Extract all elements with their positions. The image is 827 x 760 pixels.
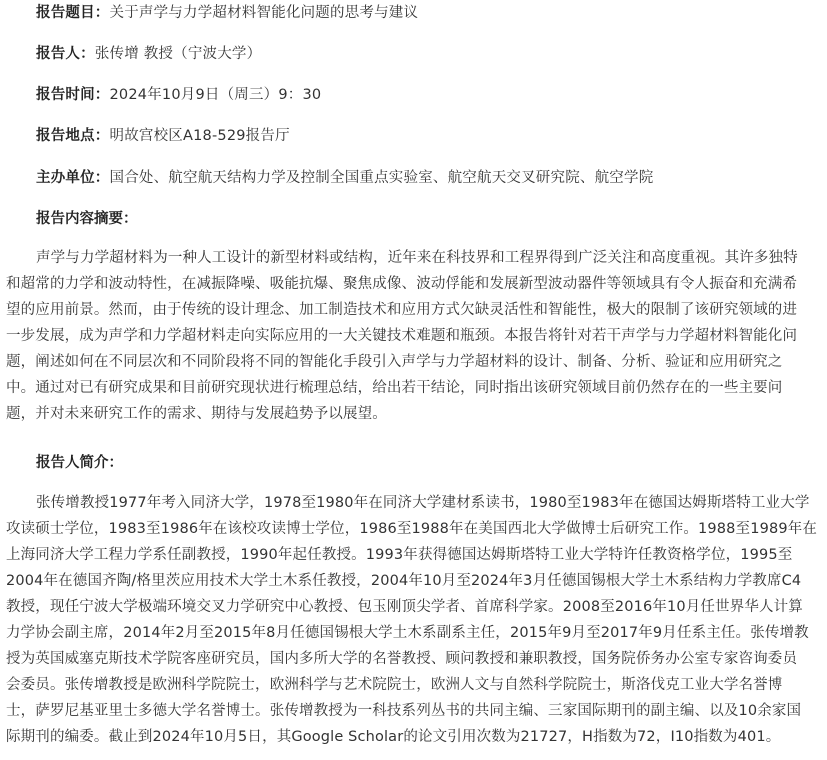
- abstract-line: 中。通过对已有研究成果和目前研究现状进行梳理总结，给出若干结论，同时指出该研究领…: [6, 375, 818, 401]
- report-title-label: 报告题目：: [36, 5, 110, 21]
- abstract-line: 题，阐述如何在不同层次和不同阶段将不同的智能化手段引入声学与力学超材料的设计、制…: [6, 349, 818, 375]
- bio-line: 际期刊的编委。截止到2024年10月5日，其Google Scholar的论文引…: [6, 724, 818, 750]
- abstract-line: 和超常的力学和波动特性，在减振降噪、吸能抗爆、聚焦成像、波动俘能和发展新型波动器…: [6, 271, 818, 297]
- speaker-line: 报告人：张传增 教授（宁波大学）: [36, 44, 261, 64]
- location-line: 报告地点：明故宫校区A18-529报告厅: [36, 126, 290, 146]
- bio-line: 攻读硕士学位，1983至1986年在该校攻读博士学位，1986至1988年在美国…: [6, 516, 818, 542]
- abstract-line: 望的应用前景。然而，由于传统的设计理念、加工制造技术和应用方式欠缺灵活性和智能性…: [6, 297, 818, 323]
- time-label: 报告时间：: [36, 87, 110, 103]
- bio-line: 授为英国威塞克斯技术学院客座研究员，国内多所大学的名誉教授、顾问教授和兼职教授，…: [6, 646, 818, 672]
- report-title-value: 关于声学与力学超材料智能化问题的思考与建议: [110, 5, 419, 21]
- bio-paragraph: 张传增教授1977年考入同济大学，1978至1980年在同济大学建材系读书，19…: [6, 490, 818, 750]
- bio-line: 张传增教授1977年考入同济大学，1978至1980年在同济大学建材系读书，19…: [6, 490, 818, 516]
- location-value: 明故宫校区A18-529报告厅: [110, 128, 290, 144]
- bio-line: 2004年在德国齐陶/格里茨应用技术大学土木系任教授，2004年10月至2024…: [6, 568, 818, 594]
- abstract-paragraph: 声学与力学超材料为一种人工设计的新型材料或结构，近年来在科技界和工程界得到广泛关…: [6, 245, 818, 427]
- time-line: 报告时间：2024年10月9日（周三）9：30: [36, 85, 321, 105]
- bio-heading: 报告人简介：: [36, 453, 123, 473]
- bio-line: 力学协会副主席，2014年2月至2015年8月任德国锡根大学土木系副系主任，20…: [6, 620, 818, 646]
- time-value: 2024年10月9日（周三）9：30: [110, 87, 322, 103]
- host-line: 主办单位：国合处、航空航天结构力学及控制全国重点实验室、航空航天交叉研究院、航空…: [36, 168, 653, 188]
- bio-line: 上海同济大学工程力学系任副教授，1990年起任教授。1993年获得德国达姆斯塔特…: [6, 542, 818, 568]
- location-label: 报告地点：: [36, 128, 110, 144]
- abstract-line: 一步发展，成为声学和力学超材料走向实际应用的一大关键技术难题和瓶颈。本报告将针对…: [6, 323, 818, 349]
- host-label: 主办单位：: [36, 170, 110, 186]
- bio-line: 会委员。张传增教授是欧洲科学院院士，欧洲科学与艺术院院士，欧洲人文与自然科学院院…: [6, 672, 818, 698]
- host-value: 国合处、航空航天结构力学及控制全国重点实验室、航空航天交叉研究院、航空学院: [110, 170, 654, 186]
- abstract-line: 题，并对未来研究工作的需求、期待与发展趋势予以展望。: [6, 401, 818, 427]
- speaker-value: 张传增 教授（宁波大学）: [95, 46, 262, 62]
- abstract-line: 声学与力学超材料为一种人工设计的新型材料或结构，近年来在科技界和工程界得到广泛关…: [6, 245, 818, 271]
- report-title-line: 报告题目：关于声学与力学超材料智能化问题的思考与建议: [36, 3, 418, 23]
- bio-line: 教授，现任宁波大学极端环境交叉力学研究中心教授、包玉刚顶尖学者、首席科学家。20…: [6, 594, 818, 620]
- abstract-heading: 报告内容摘要：: [36, 209, 138, 229]
- bio-line: 士，萨罗尼基亚里士多德大学名誉博士。张传增教授为一科技系列丛书的共同主编、三家国…: [6, 698, 818, 724]
- speaker-label: 报告人：: [36, 46, 95, 62]
